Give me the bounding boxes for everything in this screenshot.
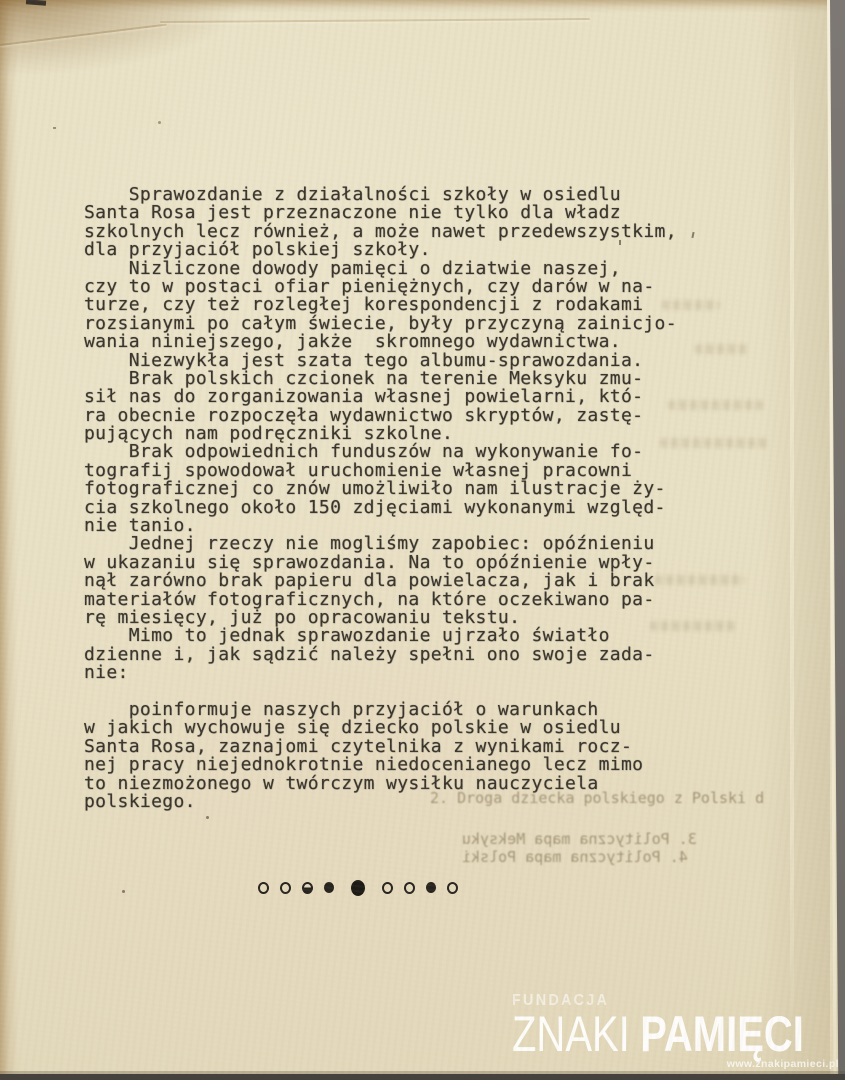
typewritten-text: Sprawozdanie z działalności szkoły w osi… [84,186,704,811]
text-line: sił nas do zorganizowania własnej powiel… [84,388,704,406]
ink-bleedthrough-smudge [650,621,735,631]
aged-edge-left [0,0,18,1080]
watermark-pamieci-text: PAMIĘCI [640,1012,804,1056]
paper: Sprawozdanie z działalności szkoły w osi… [0,0,845,1080]
ornament-dot-filled [324,882,334,893]
aged-corner-top-left [0,0,240,75]
ornament-dot-hollow [280,882,291,894]
ink-bleedthrough-smudge [668,400,763,410]
ink-bleedthrough-smudge [660,438,770,448]
ink-speck [619,240,621,245]
ornament-dot-filled-large [351,880,365,896]
paper-speck [158,121,161,124]
ink-bleedthrough-smudge [655,575,745,585]
ornament-dot-hollow [404,882,415,894]
ornament-dot-half [302,882,313,894]
ink-bleedthrough-smudge [662,300,720,310]
text-line: wania niniejszego, jakże skromnego wydaw… [84,333,704,351]
ornament-dot-hollow [382,882,393,894]
ornament-dot-hollow [258,882,269,894]
paper-speck [53,127,56,129]
text-line: fotograficznej co znów umożliwiło nam il… [84,480,704,498]
bleedthrough-line: 3. Polityczna mapa Meksyku [462,830,697,848]
watermark-name: ZNAKI PAMIĘCI [512,1012,778,1056]
text-line: nej pracy niejednokrotnie niedocenianego… [84,756,704,774]
bleedthrough-line: 4. Polityczna mapa Polski [462,848,688,866]
ornament-dot-filled [426,882,436,893]
ink-bleedthrough-smudge [695,344,750,354]
text-line: dla przyjaciół polskiej szkoły. [84,241,704,259]
ink-speck [122,890,125,893]
watermark: FUNDACJA ZNAKI PAMIĘCI www.znakipamieci.… [512,992,845,1072]
bleedthrough-line: 2. Droga dziecka polskiego z Polski d [430,789,764,807]
paper-shading-right [760,0,830,1080]
ornament-dots [258,879,458,896]
watermark-znaki-text: ZNAKI [512,1012,630,1056]
text-line: w jakich wychowuje się dziecko polskie w… [84,719,704,737]
text-line: nął zarówno brak papieru dla powielacza,… [84,572,704,590]
ink-speck [206,816,209,819]
scanner-background-bottom [0,1074,845,1080]
ornament-dot-hollow [447,882,458,894]
scanned-page: Sprawozdanie z działalności szkoły w osi… [0,0,845,1080]
text-line: turze, czy też rozległej korespondencji … [84,296,704,314]
paper-fold-streak [790,0,794,1040]
text-line: Mimo to jednak sprawozdanie ujrzało świa… [84,627,704,645]
text-line: nie: [84,664,704,682]
text-line: dzienne i, jak sądzić należy spełni ono … [84,646,704,664]
watermark-url: www.znakipamieci.pl [727,1058,839,1070]
